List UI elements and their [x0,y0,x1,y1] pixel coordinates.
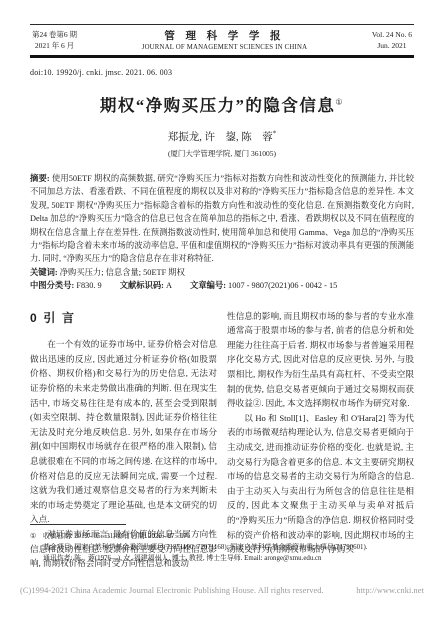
copyright-url: http://www.cnki.net [356,586,424,595]
footnote-block: ① 收稿日期: 2019 - 05 - 31; 修订日期: 2020 - 07 … [30,524,414,564]
article-id-label: 文章编号: [190,281,226,290]
journal-date-cn: 2021 年 6 月 [32,40,77,51]
footnote-funding-text: 基金项目: 国家自然科学基金委资助项目(71871190; 72071168);… [43,542,414,553]
article-title: 期权“净购买压力”的隐含信息① [30,92,414,116]
article-title-text: 期权“净购买压力”的隐含信息 [100,96,336,115]
author-line: 郑振龙, 许 鋆, 陈 蓉* [30,129,414,144]
journal-issue-block: 第24 卷第6 期 2021 年 6 月 [32,29,77,51]
footnote-marker: ① [30,531,43,542]
journal-vol-en: Vol. 24 No. 6 [372,29,412,40]
footnote-received-line: ① 收稿日期: 2019 - 05 - 31; 修订日期: 2020 - 07 … [30,531,414,542]
page-content: 第24 卷第6 期 2021 年 6 月 管 理 科 学 学 报 JOURNAL… [0,0,444,571]
article-id-value: 1007 - 9807(2021)06 - 0042 - 15 [226,281,337,290]
footnote-correspondence-line: 通讯作者: 陈 蓉(1976—), 女, 福建福州人, 博士, 教授, 博士生导… [30,553,414,564]
clc-label: 中图分类号: [30,281,74,290]
clc-value: F830. 9 [74,281,101,290]
abstract-label: 摘要: [30,174,50,183]
journal-vol-block: Vol. 24 No. 6 Jun. 2021 [372,29,412,51]
section-heading-introduction: 0 引 言 [30,311,217,326]
footnote-funding-line: 基金项目: 国家自然科学基金委资助项目(71871190; 72071168);… [30,542,414,553]
copyright-line: (C)1994-2021 China Academic Journal Elec… [20,586,424,595]
paper-page: 第24 卷第6 期 2021 年 6 月 管 理 科 学 学 报 JOURNAL… [0,0,444,625]
journal-issue-cn: 第24 卷第6 期 [32,29,77,40]
copyright-text: (C)1994-2021 China Academic Journal Elec… [20,586,324,595]
corresponding-author-mark: * [273,130,277,138]
abstract-text: 使用50ETF 期权的高频数据, 研究“净购买压力”指标对指数方向性和波动性变化… [30,174,414,263]
journal-date-en: Jun. 2021 [372,40,412,51]
title-footnote-mark: ① [335,98,344,107]
doc-code-value: A [164,281,172,290]
journal-header: 第24 卷第6 期 2021 年 6 月 管 理 科 学 学 报 JOURNAL… [30,24,414,58]
abstract-paragraph: 摘要: 使用50ETF 期权的高频数据, 研究“净购买压力”指标对指数方向性和波… [30,172,414,266]
keywords-label: 关键词: [30,268,58,277]
journal-name-cn: 管 理 科 学 学 报 [77,28,372,43]
doi-line: doi:10. 19920/j. cnki. jmsc. 2021. 06. 0… [30,68,414,77]
doc-code-label: 文献标识码: [120,281,164,290]
affiliation-line: (厦门大学管理学院, 厦门 361005) [30,148,414,159]
footnote-divider [30,524,126,525]
body-paragraph: 性信息的影响, 而且期权市场的参与者的专业水准通常高于股票市场的参与者, 前者的… [227,309,414,411]
classification-line: 中图分类号: F830. 9文献标识码: A文章编号: 1007 - 9807(… [30,279,414,292]
keywords-text: 净购买压力; 信息含量; 50ETF 期权 [58,268,185,277]
footnote-correspondence-text: 通讯作者: 陈 蓉(1976—), 女, 福建福州人, 博士, 教授, 博士生导… [43,553,414,564]
journal-name-en: JOURNAL OF MANAGEMENT SCIENCES IN CHINA [77,44,372,51]
body-paragraph: 在一个有效的证券市场中, 证券价格会对信息做出迅速的反应, 因此通过分析证券价格… [30,337,217,527]
keywords-line: 关键词: 净购买压力; 信息含量; 50ETF 期权 [30,266,414,279]
journal-name-block: 管 理 科 学 学 报 JOURNAL OF MANAGEMENT SCIENC… [77,28,372,51]
footnote-received-text: 收稿日期: 2019 - 05 - 31; 修订日期: 2020 - 07 - … [43,531,414,542]
author-names: 郑振龙, 许 鋆, 陈 蓉 [168,132,273,143]
